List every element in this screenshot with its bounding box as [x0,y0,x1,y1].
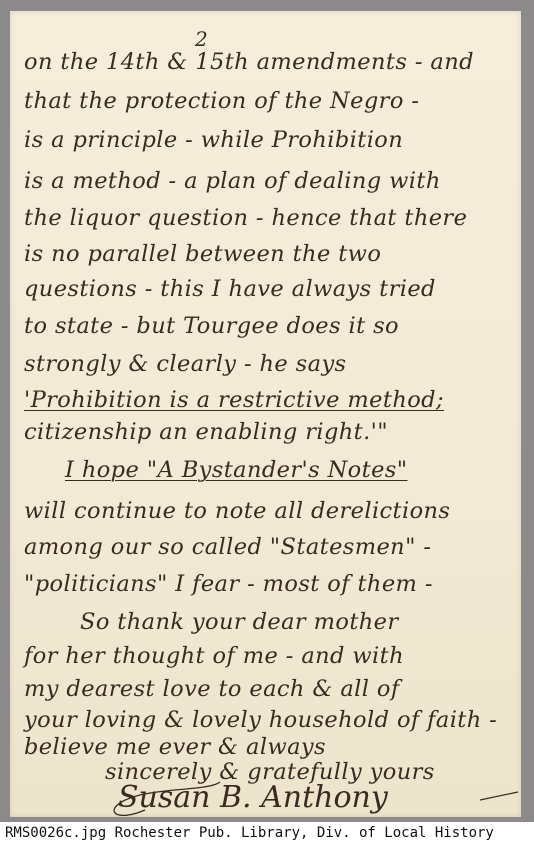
letter-line: for her thought of me - and with [24,643,404,669]
letter-line: believe me ever & always [24,734,326,760]
letter-line: to state - but Tourgee does it so [24,313,399,339]
letter-line: on the 14th & 15th amendments - and [24,49,474,75]
letter-line: will continue to note all derelictions [24,498,450,524]
letter-line: citizenship an enabling right.'" [24,419,388,445]
letter-page: 2 on the 14th & 15th amendments - and th… [10,11,521,817]
letter-line: questions - this I have always tried [24,276,436,302]
letter-line: is no parallel between the two [24,241,381,267]
scan-background: 2 on the 14th & 15th amendments - and th… [0,0,534,822]
letter-line: that the protection of the Negro - [24,88,419,114]
letter-line: my dearest love to each & all of [24,676,400,702]
image-caption: RMS0026c.jpg Rochester Pub. Library, Div… [5,824,494,842]
signature-flourish-icon [100,770,520,830]
letter-line: 'Prohibition is a restrictive method; [24,387,444,413]
letter-line: "politicians" I fear - most of them - [24,571,433,597]
letter-line: So thank your dear mother [80,609,399,635]
letter-line: the liquor question - hence that there [24,205,467,231]
letter-line: strongly & clearly - he says [24,351,347,377]
letter-line: is a method - a plan of dealing with [24,168,441,194]
letter-line: I hope "A Bystander's Notes" [65,457,407,483]
letter-line: your loving & lovely household of faith … [24,707,497,733]
letter-line: among our so called "Statesmen" - [24,534,431,560]
page-number: 2 [195,27,208,51]
letter-line: is a principle - while Prohibition [24,127,403,153]
